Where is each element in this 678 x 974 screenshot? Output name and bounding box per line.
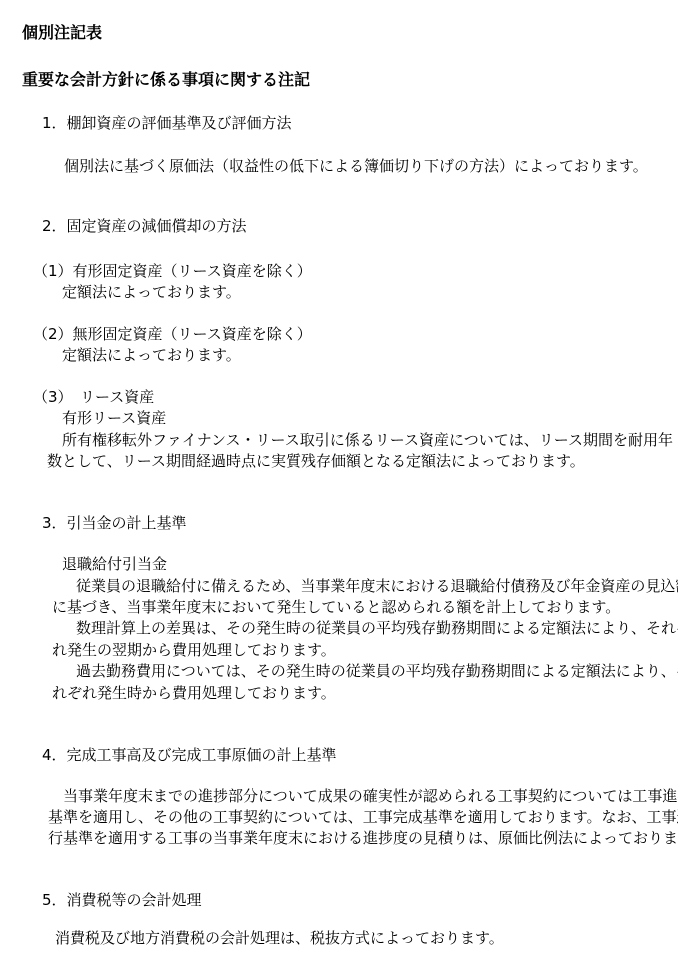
section-3-body-line-2: に基づき、当事業年度末において発生していると認められる額を計上しております。 xyxy=(52,599,620,615)
section-1-heading: 1．棚卸資産の評価基準及び評価方法 xyxy=(42,115,292,131)
section-3-sublabel: 退職給付引当金 xyxy=(62,556,167,572)
section-3-body-line-5: 過去勤務費用については、その発生時の従業員の平均残存勤務期間による定額法により、… xyxy=(76,663,678,679)
section-2-item-3-body-line-1: 所有権移転外ファイナンス・リース取引に係るリース資産については、リース期間を耐用… xyxy=(62,432,673,448)
section-3-body-line-1: 従業員の退職給付に備えるため、当事業年度末における退職給付債務及び年金資産の見込… xyxy=(76,578,678,594)
section-2-item-3-heading: （3） リース資産 xyxy=(33,389,154,405)
section-4-body-line-3: 行基準を適用する工事の当事業年度末における進捗度の見積りは、原価比例法によってお… xyxy=(48,830,678,846)
section-5-heading: 5．消費税等の会計処理 xyxy=(42,892,202,908)
section-2-item-2-heading: （2）無形固定資産（リース資産を除く） xyxy=(33,326,312,342)
section-2-item-3-sublabel: 有形リース資産 xyxy=(62,410,166,426)
accounting-policies-heading: 重要な会計方針に係る事項に関する注記 xyxy=(22,72,310,88)
section-2-item-3-body-line-2: 数として、リース期間経過時点に実質残存価額となる定額法によっております。 xyxy=(47,453,585,469)
section-2-item-1-heading: （1）有形固定資産（リース資産を除く） xyxy=(33,263,312,279)
section-5-body: 消費税及び地方消費税の会計処理は、税抜方式によっております。 xyxy=(55,930,504,946)
section-3-body-line-3: 数理計算上の差異は、その発生時の従業員の平均残存勤務期間による定額法により、それ… xyxy=(76,620,678,636)
section-2-item-2-body: 定額法によっております。 xyxy=(62,347,241,363)
section-1-body: 個別法に基づく原価法（収益性の低下による簿価切り下げの方法）によっております。 xyxy=(64,158,648,174)
section-3-body-line-6: れぞれ発生時から費用処理しております。 xyxy=(52,685,336,701)
section-3-heading: 3．引当金の計上基準 xyxy=(42,515,187,531)
section-4-heading: 4．完成工事高及び完成工事原価の計上基準 xyxy=(42,747,337,763)
section-4-body-line-1: 当事業年度末までの進捗部分について成果の確実性が認められる工事契約については工事… xyxy=(63,788,678,804)
section-2-item-1-body: 定額法によっております。 xyxy=(62,284,241,300)
notes-document-page: 個別注記表重要な会計方針に係る事項に関する注記1．棚卸資産の評価基準及び評価方法… xyxy=(0,0,678,974)
section-3-body-line-4: れ発生の翌期から費用処理しております。 xyxy=(52,642,336,658)
section-4-body-line-2: 基準を適用し、その他の工事契約については、工事完成基準を適用しております。なお、… xyxy=(48,809,678,825)
document-title: 個別注記表 xyxy=(22,25,102,41)
section-2-heading: 2．固定資産の減価償却の方法 xyxy=(42,218,247,234)
